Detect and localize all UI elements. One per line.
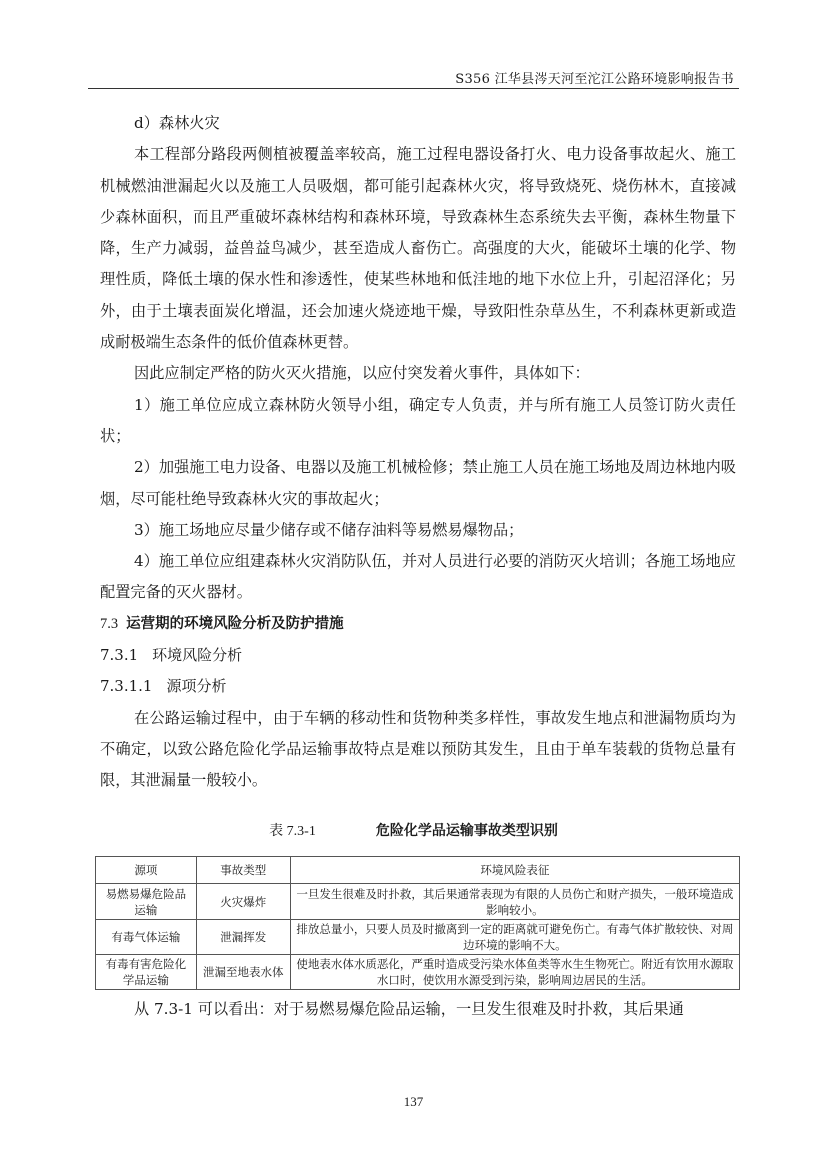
- document-body: d）森林火灾 本工程部分路段两侧植被覆盖率较高，施工过程电器设备打火、电力设备事…: [100, 108, 736, 797]
- table-cell-source: 有毒有害危险化学品运输: [96, 955, 197, 990]
- section-title: 源项分析: [166, 677, 226, 695]
- section-heading-7-3-1: 7.3.1环境风险分析: [100, 640, 736, 671]
- measure-item-1: 1）施工单位应成立森林防火领导小组，确定专人负责，并与所有施工人员签订防火责任状…: [100, 390, 736, 453]
- paragraph-forest-fire-impact: 本工程部分路段两侧植被覆盖率较高，施工过程电器设备打火、电力设备事故起火、施工机…: [100, 139, 736, 358]
- table-cell-risk: 排放总量小，只要人员及时撤离到一定的距离就可避免伤亡。有毒气体扩散较快、对周边环…: [290, 920, 739, 955]
- table-cell-accident-type: 泄漏至地表水体: [196, 955, 290, 990]
- table-caption-title: 危险化学品运输事故类型识别: [376, 823, 558, 839]
- table-cell-source: 易燃易爆危险品运输: [96, 884, 197, 920]
- section-number: 7.3.1.1: [100, 677, 152, 695]
- header-divider: [88, 88, 739, 89]
- paragraph-fire-prevention-intro: 因此应制定严格的防火灭火措施，以应付突发着火事件，具体如下：: [100, 358, 736, 389]
- table-caption: 表 7.3-1危险化学品运输事故类型识别: [0, 820, 827, 840]
- table-row: 有毒气体运输 泄漏挥发 排放总量小，只要人员及时撤离到一定的距离就可避免伤亡。有…: [96, 920, 740, 955]
- table-caption-number: 表 7.3-1: [269, 824, 316, 839]
- measure-item-4: 4）施工单位应组建森林火灾消防队伍，并对人员进行必要的消防灭火培训；各施工场地应…: [100, 546, 736, 609]
- paragraph-table-conclusion: 从 7.3-1 可以看出：对于易燃易爆危险品运输，一旦发生很难及时扑救，其后果通: [100, 994, 736, 1025]
- risk-identification-table: 源项 事故类型 环境风险表征 易燃易爆危险品运输 火灾爆炸 一旦发生很难及时扑救…: [95, 856, 740, 990]
- measure-item-3: 3）施工场地应尽量少储存或不储存油料等易燃易爆物品；: [100, 515, 736, 546]
- table-cell-risk: 使地表水体水质恶化，严重时造成受污染水体鱼类等水生生物死亡。附近有饮用水源取水口…: [290, 955, 739, 990]
- table-row: 易燃易爆危险品运输 火灾爆炸 一旦发生很难及时扑救，其后果通常表现为有限的人员伤…: [96, 884, 740, 920]
- table-header-accident-type: 事故类型: [196, 857, 290, 884]
- table-row: 有毒有害危险化学品运输 泄漏至地表水体 使地表水体水质恶化，严重时造成受污染水体…: [96, 955, 740, 990]
- section-heading-7-3: 7.3运营期的环境风险分析及防护措施: [100, 609, 736, 640]
- subsection-heading-forest-fire: d）森林火灾: [100, 108, 736, 139]
- document-header-title: S356 江华县涔天河至沱江公路环境影响报告书: [455, 68, 734, 87]
- section-title: 运营期的环境风险分析及防护措施: [126, 616, 344, 632]
- page-number: 137: [0, 1094, 827, 1110]
- paragraph-source-analysis: 在公路运输过程中，由于车辆的移动性和货物种类多样性，事故发生地点和泄漏物质均为不…: [100, 703, 736, 797]
- table-header-source: 源项: [96, 857, 197, 884]
- table-header-row: 源项 事故类型 环境风险表征: [96, 857, 740, 884]
- section-number: 7.3.1: [100, 646, 138, 664]
- table-header-risk-characterization: 环境风险表征: [290, 857, 739, 884]
- section-title: 环境风险分析: [152, 646, 242, 664]
- measure-item-2: 2）加强施工电力设备、电器以及施工机械检修；禁止施工人员在施工场地及周边林地内吸…: [100, 452, 736, 515]
- table-cell-accident-type: 火灾爆炸: [196, 884, 290, 920]
- table-cell-accident-type: 泄漏挥发: [196, 920, 290, 955]
- section-heading-7-3-1-1: 7.3.1.1源项分析: [100, 671, 736, 702]
- table-cell-risk: 一旦发生很难及时扑救，其后果通常表现为有限的人员伤亡和财产损失，一般环境造成影响…: [290, 884, 739, 920]
- table-cell-source: 有毒气体运输: [96, 920, 197, 955]
- section-number: 7.3: [100, 616, 118, 632]
